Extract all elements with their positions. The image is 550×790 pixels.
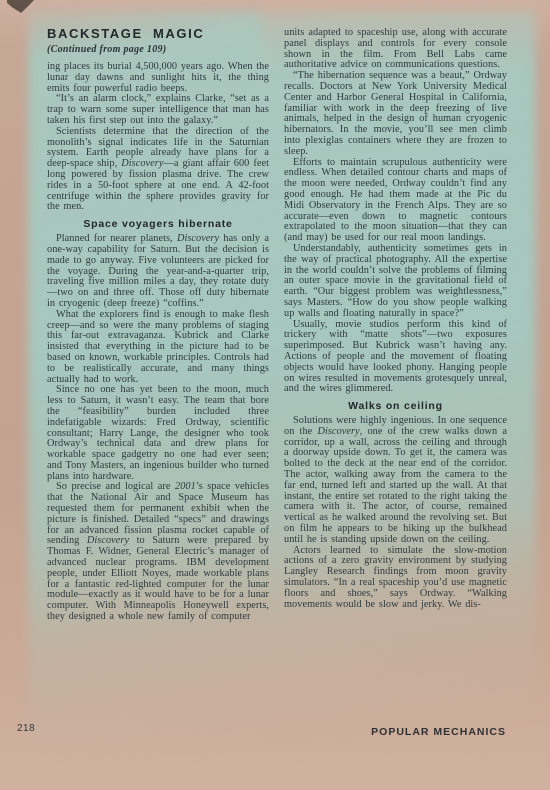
body-paragraph: units adapted to spaceship use, along wi… [284, 28, 507, 71]
right-column: units adapted to spaceship use, along wi… [284, 28, 507, 738]
body-paragraph: Since no one has yet been to the moon, m… [47, 385, 269, 482]
body-paragraph: Planned for nearer planets, Discovery ha… [47, 234, 269, 310]
body-paragraph: “The hibernation sequence was a beaut,” … [284, 71, 507, 157]
continued-from-note: (Continued from page 109) [47, 44, 269, 55]
magazine-name: POPULAR MECHANICS [371, 726, 506, 738]
section-subhead: Walks on ceiling [284, 400, 507, 412]
body-paragraph: So precise and logical are 2001’s space … [47, 482, 269, 622]
body-paragraph: Scientists determine that the direction … [47, 127, 269, 213]
body-paragraph: What the explorers find is enough to mak… [47, 310, 269, 386]
body-paragraph: ing places its burial 4,500,000 years ag… [47, 62, 269, 94]
body-paragraph: Efforts to maintain scrupulous authentic… [284, 158, 507, 244]
left-column: BACKSTAGE MAGIC (Continued from page 109… [47, 26, 269, 738]
scan-corner-mark [7, 0, 34, 13]
body-paragraph: “It’s an alarm clock,” explains Clarke, … [47, 94, 269, 126]
body-paragraph: Usually, movie studios perform this kind… [284, 320, 507, 396]
article-title: BACKSTAGE MAGIC [47, 26, 269, 41]
body-paragraph: Understandably, authenticity sometimes g… [284, 244, 507, 320]
magazine-page: BACKSTAGE MAGIC (Continued from page 109… [0, 0, 550, 790]
body-paragraph: Actors learned to simulate the slow-moti… [284, 546, 507, 611]
body-paragraph: Solutions were highly ingenious. In one … [284, 416, 507, 546]
page-number: 218 [17, 723, 35, 734]
section-subhead: Space voyagers hibernate [47, 218, 269, 230]
